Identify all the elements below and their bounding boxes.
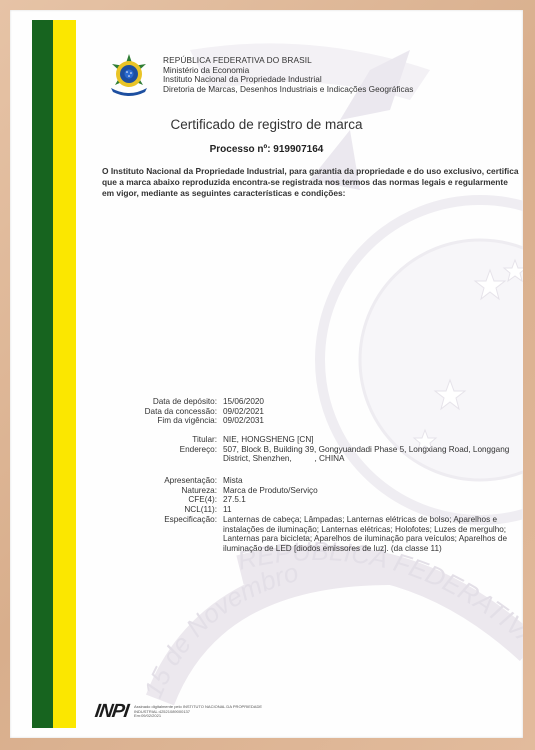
field-label: Endereço: (102, 445, 223, 464)
intro-paragraph: O Instituto Nacional da Propriedade Indu… (102, 166, 522, 199)
field-row: Natureza:Marca de Produto/Serviço (102, 486, 522, 496)
process-number: Processo nº: 919907164 (10, 144, 523, 155)
field-row: Especificação:Lanternas de cabeça; Lâmpa… (102, 515, 522, 554)
svg-text:15 de Novembro: 15 de Novembro (138, 557, 302, 702)
field-label: CFE(4): (102, 495, 223, 505)
field-row: Data de depósito:15/06/2020 (102, 397, 522, 407)
field-value: 27.5.1 (223, 495, 508, 505)
field-label: Titular: (102, 435, 223, 445)
field-value: NIE, HONGSHENG [CN] (223, 435, 522, 445)
field-value: Marca de Produto/Serviço (223, 486, 508, 496)
details-section: Apresentação:Mista Natureza:Marca de Pro… (102, 476, 522, 554)
field-row: CFE(4):27.5.1 (102, 495, 522, 505)
field-value: Lanternas de cabeça; Lâmpadas; Lanternas… (223, 515, 508, 554)
field-label: Data da concessão: (102, 407, 223, 417)
field-label: Data de depósito: (102, 397, 223, 407)
field-value: 507, Block B, Building 39, Gongyuandadi … (223, 445, 522, 464)
header-line-directorate: Diretoria de Marcas, Desenhos Industriai… (163, 85, 413, 95)
field-row: Apresentação:Mista (102, 476, 522, 486)
field-label: NCL(11): (102, 505, 223, 515)
field-label: Natureza: (102, 486, 223, 496)
dates-section: Data de depósito:15/06/2020 Data da conc… (102, 397, 522, 426)
owner-section: Titular:NIE, HONGSHENG [CN] Endereço:507… (102, 435, 522, 464)
field-label: Especificação: (102, 515, 223, 554)
inpi-logo: INPI (93, 701, 129, 723)
issuer-header: REPÚBLICA FEDERATIVA DO BRASIL Ministéri… (163, 56, 413, 94)
brazil-coat-of-arms-icon (105, 52, 153, 100)
field-value: Mista (223, 476, 508, 486)
field-value: 09/02/2031 (223, 416, 522, 426)
field-label: Fim da vigência: (102, 416, 223, 426)
signature-line: Em:09/02/2021 (134, 714, 314, 719)
field-row: Data da concessão:09/02/2021 (102, 407, 522, 417)
certificate-page: 15 de Novembro REPÚBLICA FEDERATIVA REPÚ… (10, 10, 523, 738)
watermark-ribbon-1: 15 de Novembro (138, 557, 302, 702)
field-row: Endereço:507, Block B, Building 39, Gong… (102, 445, 522, 464)
field-row: Fim da vigência:09/02/2031 (102, 416, 522, 426)
field-row: NCL(11):11 (102, 505, 522, 515)
field-value: 15/06/2020 (223, 397, 522, 407)
field-label: Apresentação: (102, 476, 223, 486)
certificate-title: Certificado de registro de marca (10, 117, 523, 132)
field-value: 11 (223, 505, 508, 515)
footer-signature: INPI Assinado digitalmente pelo INSTITUT… (95, 701, 314, 723)
field-row: Titular:NIE, HONGSHENG [CN] (102, 435, 522, 445)
digital-signature-text: Assinado digitalmente pelo INSTITUTO NAC… (134, 705, 314, 719)
field-value: 09/02/2021 (223, 407, 522, 417)
